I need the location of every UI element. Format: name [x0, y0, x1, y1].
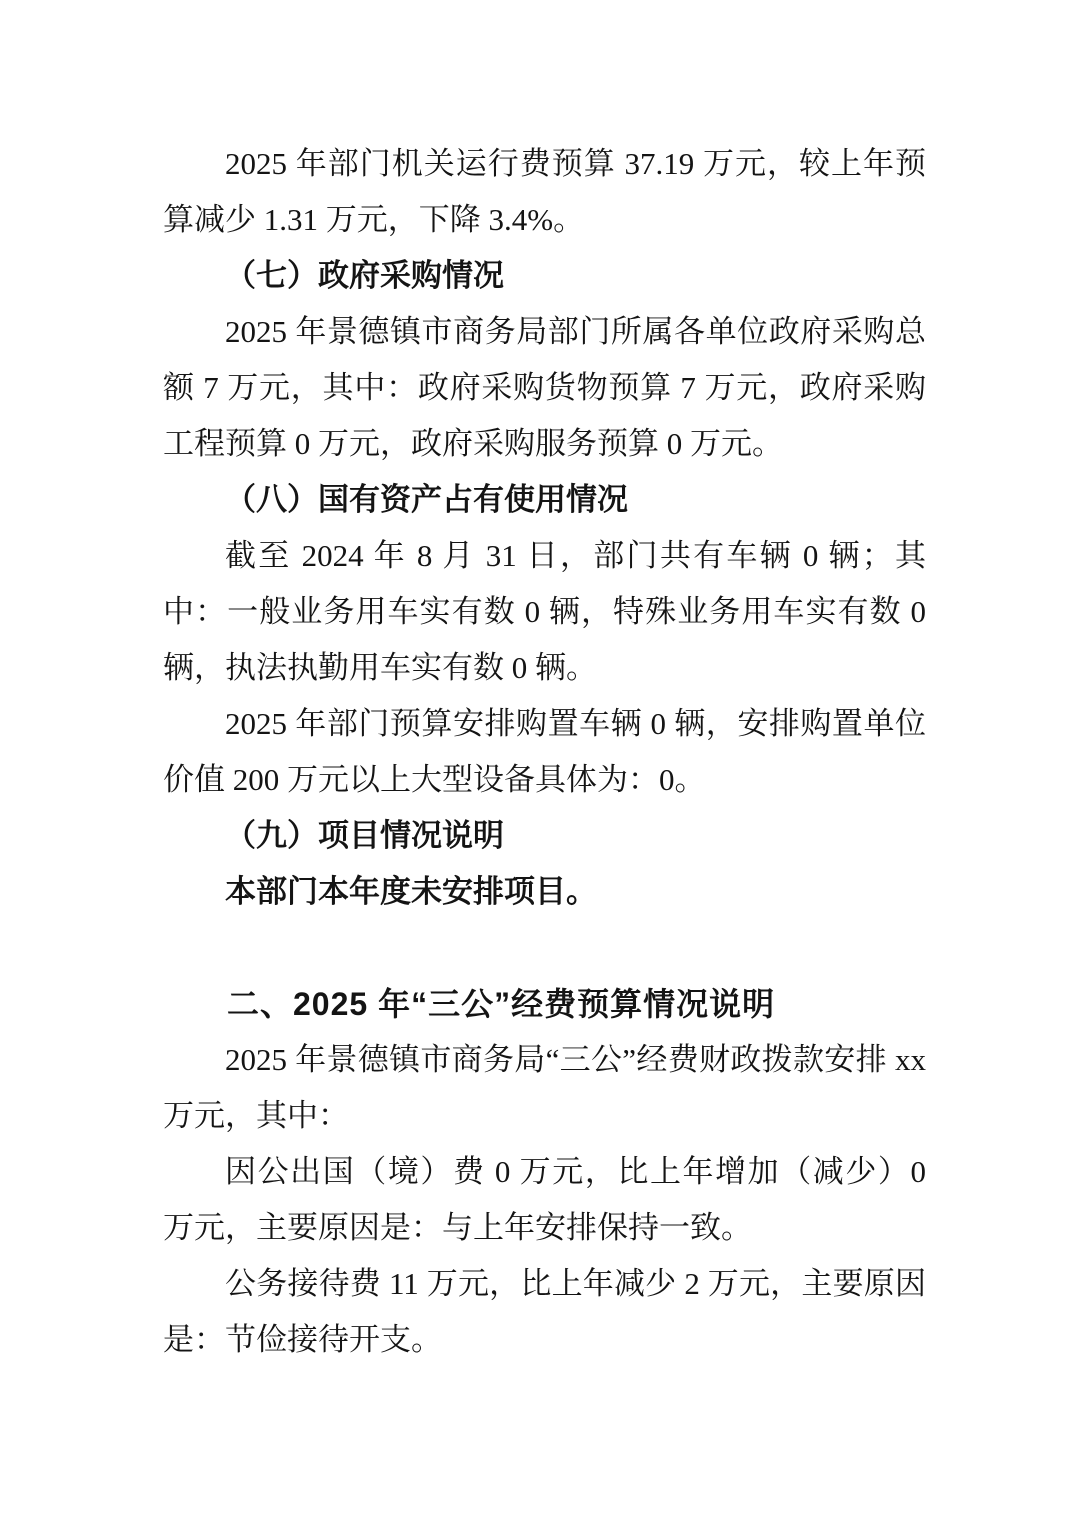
paragraph-three-public-total: 2025 年景德镇市商务局“三公”经费财政拨款安排 xx 万元，其中： [163, 1032, 926, 1144]
paragraph-agency-operating-cost: 2025 年部门机关运行费预算 37.19 万元，较上年预算减少 1.31 万元… [163, 136, 926, 248]
paragraph-no-projects: 本部门本年度未安排项目。 [163, 864, 926, 920]
paragraph-official-reception-expense: 公务接待费 11 万元，比上年减少 2 万元，主要原因是：节俭接待开支。 [163, 1256, 926, 1368]
heading-section-7-government-procurement: （七）政府采购情况 [163, 248, 926, 304]
paragraph-vehicle-purchase-plan: 2025 年部门预算安排购置车辆 0 辆，安排购置单位价值 200 万元以上大型… [163, 696, 926, 808]
heading-section-8-state-assets: （八）国有资产占有使用情况 [163, 472, 926, 528]
heading-section-9-projects: （九）项目情况说明 [163, 808, 926, 864]
paragraph-overseas-trips-expense: 因公出国（境）费 0 万元，比上年增加（减少）0 万元，主要原因是：与上年安排保… [163, 1144, 926, 1256]
paragraph-vehicle-holdings: 截至 2024 年 8 月 31 日，部门共有车辆 0 辆；其中：一般业务用车实… [163, 528, 926, 696]
document-page: 2025 年部门机关运行费预算 37.19 万元，较上年预算减少 1.31 万元… [0, 0, 1074, 1520]
heading-section-2-three-public-expenses: 二、2025 年“三公”经费预算情况说明 [163, 976, 926, 1032]
paragraph-government-procurement-detail: 2025 年景德镇市商务局部门所属各单位政府采购总额 7 万元，其中：政府采购货… [163, 304, 926, 472]
